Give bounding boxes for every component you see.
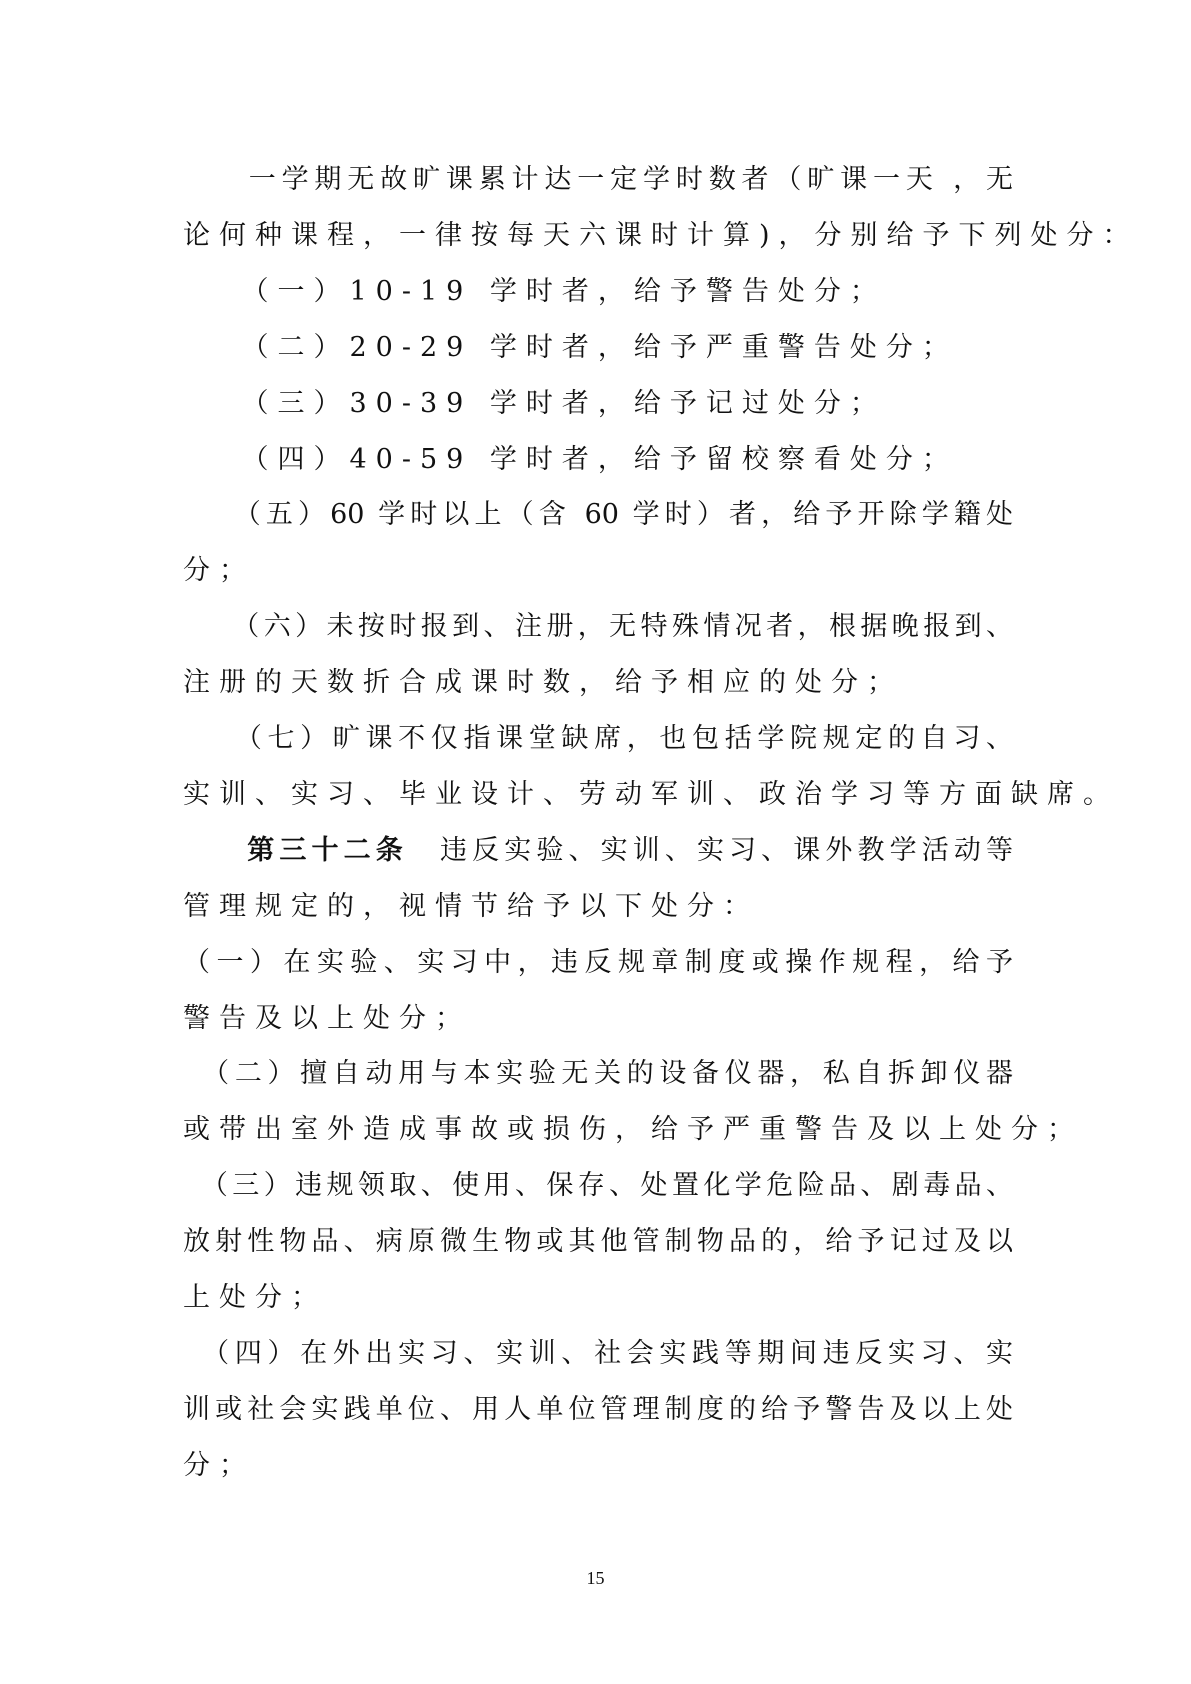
text-line: 管理规定的，视情节给予以下处分： bbox=[183, 887, 1013, 927]
text-line: （二）20-29 学时者，给予严重警告处分； bbox=[183, 328, 1013, 368]
text-line: 分； bbox=[183, 1446, 1013, 1486]
document-page: 一学期无故旷课累计达一定学时数者（旷课一天 ，无论何种课程，一律按每天六课时计算… bbox=[0, 0, 1191, 1684]
text-line: （五）60 学时以上（含 60 学时）者，给予开除学籍处 bbox=[183, 495, 1013, 535]
text-line: 分； bbox=[183, 551, 1013, 591]
text-line: 警告及以上处分； bbox=[183, 999, 1013, 1039]
text-line: （一）10-19 学时者，给予警告处分； bbox=[183, 272, 1013, 312]
text-line: 一学期无故旷课累计达一定学时数者（旷课一天 ，无 bbox=[183, 160, 1013, 200]
text-line: 上处分； bbox=[183, 1278, 1013, 1318]
text-line: （三）30-39 学时者，给予记过处分； bbox=[183, 384, 1013, 424]
article-heading: 第三十二条 bbox=[247, 835, 408, 866]
text-line: （六）未按时报到、注册，无特殊情况者，根据晚报到、 bbox=[183, 607, 1013, 647]
text-line: （三）违规领取、使用、保存、处置化学危险品、剧毒品、 bbox=[183, 1166, 1013, 1206]
text-line: 第三十二条 违反实验、实训、实习、课外教学活动等 bbox=[183, 831, 1013, 871]
text-line: （四）在外出实习、实训、社会实践等期间违反实习、实 bbox=[183, 1334, 1013, 1374]
page-number: 15 bbox=[0, 1568, 1191, 1589]
text-line: 训或社会实践单位、用人单位管理制度的给予警告及以上处 bbox=[183, 1390, 1013, 1430]
text-line: 放射性物品、病原微生物或其他管制物品的，给予记过及以 bbox=[183, 1222, 1013, 1262]
text-line: 实训、实习、毕业设计、劳动军训、政治学习等方面缺席。 bbox=[183, 775, 1013, 815]
text-line: （七）旷课不仅指课堂缺席，也包括学院规定的自习、 bbox=[183, 719, 1013, 759]
text-line: 注册的天数折合成课时数，给予相应的处分； bbox=[183, 663, 1013, 703]
text-line: 论何种课程，一律按每天六课时计算)，分别给予下列处分： bbox=[183, 216, 1013, 256]
text-line: 或带出室外造成事故或损伤，给予严重警告及以上处分； bbox=[183, 1110, 1013, 1150]
text-line: （一）在实验、实习中，违反规章制度或操作规程，给予 bbox=[183, 943, 1013, 983]
text-line: （四）40-59 学时者，给予留校察看处分； bbox=[183, 440, 1013, 480]
text-line: （二）擅自动用与本实验无关的设备仪器，私自拆卸仪器 bbox=[183, 1054, 1013, 1094]
